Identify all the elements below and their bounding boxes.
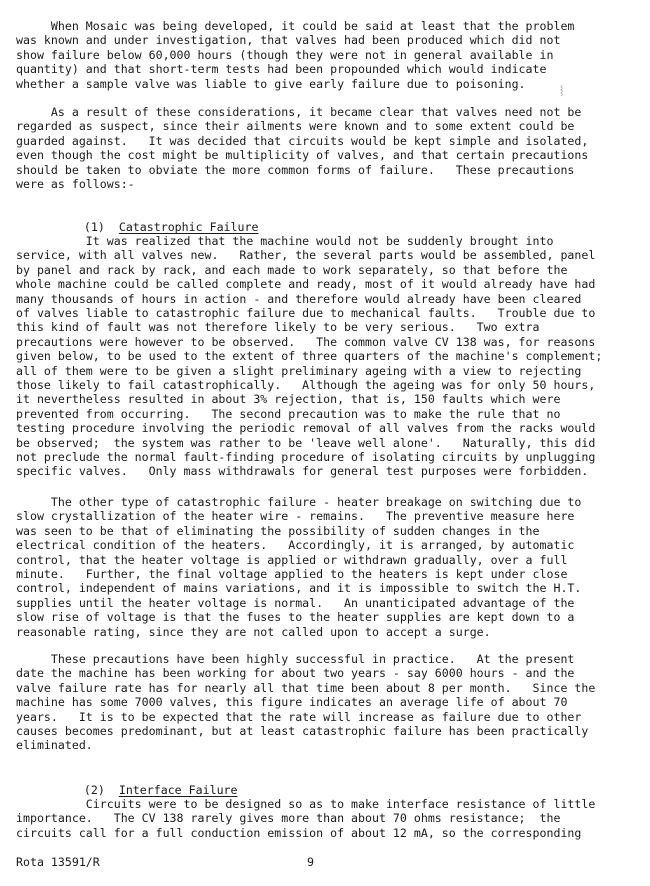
text-line: importance. The CV 138 rarely gives more… (16, 811, 560, 825)
text-line: service, with all valves new. Rather, th… (16, 248, 595, 262)
text-line: It was realized that the machine would n… (16, 234, 553, 248)
text-line: supplies until the heater voltage is nor… (16, 596, 574, 610)
text-line: regarded as suspect, since their ailment… (16, 119, 574, 133)
section-1-number: (1) (84, 220, 105, 234)
text-line: given below, to be used to the extent of… (16, 349, 602, 363)
text-line: date the machine has been working for ab… (16, 666, 574, 680)
text-line: by panel and rack by rack, and each made… (16, 263, 567, 277)
text-line: many thousands of hours in action - and … (16, 292, 581, 306)
text-line: machine has some 7000 valves, this figur… (16, 695, 567, 709)
document-page: When Mosaic was being developed, it coul… (0, 0, 650, 886)
text-line: should be taken to obviate the more comm… (16, 163, 574, 177)
page-number: 9 (307, 855, 314, 869)
text-line: of valves liable to catastrophic failure… (16, 306, 595, 320)
text-line: control, that the heater voltage is appl… (16, 553, 567, 567)
text-line: precautions were however to be observed.… (16, 335, 595, 349)
text-line: show failure below 60,000 hours (though … (16, 48, 553, 62)
text-line: circuits call for a full conduction emis… (16, 826, 581, 840)
text-line: were as follows:- (16, 177, 135, 191)
text-line: this kind of fault was not therefore lik… (16, 320, 540, 334)
text-line: specific valves. Only mass withdrawals f… (16, 464, 588, 478)
document-reference: Rota 13591/R (16, 855, 100, 869)
text-line: slow rise of voltage is that the fuses t… (16, 610, 574, 624)
text-line: it nevertheless resulted in about 3% rej… (16, 392, 560, 406)
text-line: valve failure rate has for nearly all th… (16, 681, 595, 695)
text-line: As a result of these considerations, it … (16, 105, 581, 119)
text-line: was seen to be that of eliminating the p… (16, 524, 540, 538)
text-line: When Mosaic was being developed, it coul… (16, 19, 574, 33)
text-line: years. It is to be expected that the rat… (16, 710, 581, 724)
text-line: whole machine could be called complete a… (16, 277, 595, 291)
text-line: Circuits were to be designed so as to ma… (16, 797, 595, 811)
text-line: prevented from occurring. The second pre… (16, 407, 560, 421)
text-line: testing procedure involving the periodic… (16, 421, 595, 435)
text-line: not preclude the normal fault-finding pr… (16, 450, 595, 464)
text-line: all of them were to be given a slight pr… (16, 364, 581, 378)
text-line: control, independent of mains variations… (16, 581, 581, 595)
text-line: causes becomes predominant, but at least… (16, 724, 588, 738)
text-line: guarded against. It was decided that cir… (16, 134, 588, 148)
text-line: slow crystallization of the heater wire … (16, 509, 574, 523)
section-2-title: Interface Failure (119, 783, 238, 797)
text-line: minute. Further, the final voltage appli… (16, 567, 567, 581)
text-line: These precautions have been highly succe… (16, 652, 574, 666)
text-line: even though the cost might be multiplici… (16, 148, 588, 162)
text-line: was known and under investigation, that … (16, 33, 560, 47)
text-line: quantity) and that short-term tests had … (16, 62, 546, 76)
section-1-title: Catastrophic Failure (119, 220, 259, 234)
text-line: reasonable rating, since they are not ca… (16, 625, 491, 639)
text-line: those likely to fail catastrophically. A… (16, 378, 595, 392)
text-line: electrical condition of the heaters. Acc… (16, 538, 574, 552)
section-2-number: (2) (84, 783, 105, 797)
text-line: be observed; the system was rather to be… (16, 436, 595, 450)
text-line: whether a sample valve was liable to giv… (16, 77, 526, 91)
text-line: eliminated. (16, 738, 93, 752)
margin-mark: ⸾ (560, 84, 563, 98)
text-line: The other type of catastrophic failure -… (16, 495, 581, 509)
